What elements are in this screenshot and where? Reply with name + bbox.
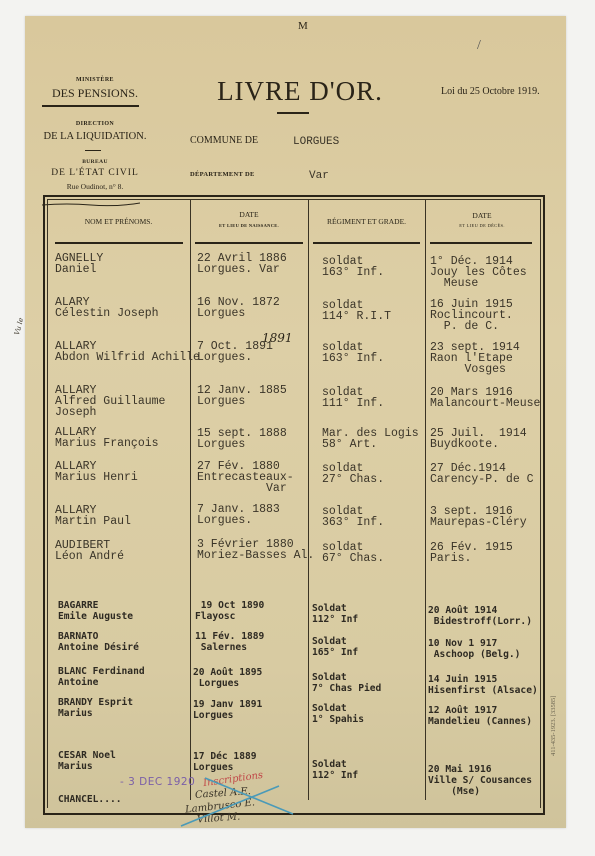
cell-name: ALLARY Alfred Guillaume Joseph <box>55 385 165 418</box>
cell-regiment: Soldat 1° Spahis <box>312 703 364 725</box>
cell-birth: 27 Fév. 1880 Entrecasteaux- Var <box>197 461 294 494</box>
cell-name: ALARY Célestin Joseph <box>55 297 159 319</box>
cell-name: BLANC Ferdinand Antoine <box>58 666 145 688</box>
cell-death: 16 Juin 1915 Roclincourt. P. de C. <box>430 299 513 332</box>
commune-value: LORGUES <box>293 137 339 148</box>
cell-death: 20 Mars 1916 Malancourt-Meuse <box>430 387 540 409</box>
blue-cross-mark <box>175 774 305 830</box>
column-divider-1 <box>190 200 191 800</box>
cell-regiment: soldat 163° Inf. <box>322 256 384 278</box>
cell-regiment: soldat 363° Inf. <box>322 506 384 528</box>
cell-birth: 12 Janv. 1885 Lorgues <box>197 385 287 407</box>
cell-name: AGNELLY Daniel <box>55 253 103 275</box>
direction-divider <box>85 150 101 151</box>
cell-name: AUDIBERT Léon André <box>55 540 124 562</box>
cell-birth: 11 Fév. 1889 Salernes <box>195 631 264 653</box>
cell-regiment: Mar. des Logis 58° Art. <box>322 428 419 450</box>
page-marker: M <box>298 20 308 32</box>
direction-label: DE LA LIQUIDATION. <box>30 131 160 142</box>
handwritten-birth-year: 1891 <box>262 331 293 345</box>
bureau-label: DE L'ÉTAT CIVIL <box>35 168 155 178</box>
ministry-small-label: MINISTÈRE <box>35 77 155 83</box>
column-header-death: DATE <box>425 211 539 220</box>
cell-birth: 19 Janv 1891 Lorgues <box>193 699 262 721</box>
cell-regiment: soldat 114° R.I.T <box>322 300 391 322</box>
direction-small-label: DIRECTION <box>35 121 155 127</box>
cell-name: BARNATO Antoine Désiré <box>58 631 139 653</box>
column-subheader-death: ET LIEU DE DÉCÈS. <box>425 223 539 228</box>
cell-name: CESAR Noel Marius <box>58 750 116 772</box>
cell-death: 10 Nov 1 917 Aschoop (Belg.) <box>428 638 520 660</box>
cell-death: 26 Fév. 1915 Paris. <box>430 542 513 564</box>
header-rule-2 <box>195 242 303 244</box>
cell-death: 20 Août 1914 Bidestroff(Lorr.) <box>428 605 532 627</box>
header-rule-4 <box>430 242 532 244</box>
header-rule-3 <box>313 242 420 244</box>
cell-regiment: soldat 111° Inf. <box>322 387 384 409</box>
ministry-label: DES PENSIONS. <box>35 86 155 101</box>
cell-name: BAGARRE Emile Auguste <box>58 600 133 622</box>
cell-birth: 7 Janv. 1883 Lorgues. <box>197 504 280 526</box>
cell-birth: 22 Avril 1886 Lorgues. Var <box>197 253 287 275</box>
cell-regiment: soldat 27° Chas. <box>322 463 384 485</box>
cell-birth: 3 Février 1880 Moriez-Basses Al. <box>197 539 314 561</box>
footer-name-text: CHANCEL.... <box>58 794 122 805</box>
cell-regiment: Soldat 112° Inf <box>312 603 358 625</box>
cell-regiment: Soldat 112° Inf <box>312 759 358 781</box>
cell-regiment: soldat 67° Chas. <box>322 542 384 564</box>
cell-death: 23 sept. 1914 Raon l'Etape Vosges <box>430 342 520 375</box>
column-divider-3 <box>425 200 426 800</box>
column-header-regiment: RÉGIMENT ET GRADE. <box>308 217 425 226</box>
cell-name: ALLARY Martin Paul <box>55 505 131 527</box>
cell-regiment: Soldat 165° Inf <box>312 636 358 658</box>
column-subheader-birth: ET LIEU DE NAISSANCE. <box>190 223 308 228</box>
page-title: LIVRE D'OR. <box>185 76 415 107</box>
ministry-underline <box>42 105 139 107</box>
departement-label: DÉPARTEMENT DE <box>190 171 255 178</box>
cell-regiment: Soldat 7° Chas Pied <box>312 672 381 694</box>
archive-reference: 411-435-1923. [33585] <box>550 696 557 756</box>
cell-death: 20 Mai 1916 Ville S/ Cousances (Mse) <box>428 764 532 797</box>
cell-birth: 16 Nov. 1872 Lorgues <box>197 297 280 319</box>
column-header-name: NOM ET PRÉNOMS. <box>47 217 190 226</box>
bureau-address: Rue Oudinot, n° 8. <box>35 182 155 191</box>
cell-birth: 15 sept. 1888 Lorgues <box>197 428 287 450</box>
bureau-small-label: BUREAU <box>35 159 155 165</box>
departement-value: Var <box>309 171 329 182</box>
margin-note: Vu le <box>13 305 28 336</box>
cell-birth: 19 Oct 1890 Flayosc <box>195 600 264 622</box>
law-reference: Loi du 25 Octobre 1919. <box>441 86 540 97</box>
commune-label: COMMUNE DE <box>190 135 258 146</box>
cell-name: BRANDY Esprit Marius <box>58 697 133 719</box>
cell-death: 12 Août 1917 Mandelieu (Cannes) <box>428 705 532 727</box>
document-page: M / MINISTÈRE DES PENSIONS. DIRECTION DE… <box>25 16 566 828</box>
cell-death: 27 Déc.1914 Carency-P. de C <box>430 463 534 485</box>
cell-name: ALLARY Marius Henri <box>55 461 138 483</box>
cell-name: ALLARY Marius François <box>55 427 159 449</box>
corner-mark: / <box>477 38 481 54</box>
cell-regiment: soldat 163° Inf. <box>322 342 384 364</box>
cell-death: 14 Juin 1915 Hisenfirst (Alsace) <box>428 674 538 696</box>
cell-name: ALLARY Abdon Wilfrid Achille <box>55 341 200 363</box>
cell-death: 25 Juil. 1914 Buydkoote. <box>430 428 527 450</box>
cell-death: 3 sept. 1916 Maurepas-Cléry <box>430 506 527 528</box>
cell-death: 1° Déc. 1914 Jouy les Côtes Meuse <box>430 256 527 289</box>
column-divider-2 <box>308 200 309 800</box>
column-header-birth: DATE <box>190 210 308 219</box>
cell-birth: 20 Août 1895 Lorgues <box>193 667 262 689</box>
title-underline <box>277 112 309 114</box>
cell-birth: 17 Déc 1889 Lorgues <box>193 751 257 773</box>
header-rule-1 <box>55 242 183 244</box>
